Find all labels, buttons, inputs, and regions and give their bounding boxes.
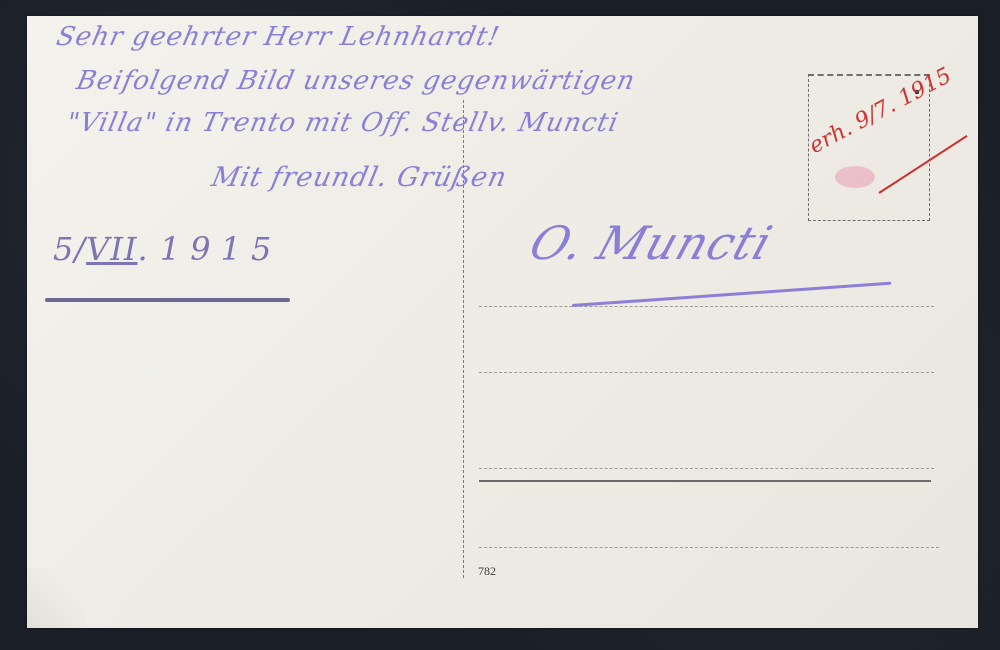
date-day: 5 [53,230,74,268]
message-line-3: "Villa" in Trento mit Off. Stellv. Munct… [64,108,622,138]
message-line-2: Beifolgend Bild unseres gegenwärtigen [74,66,638,96]
date-month: VII [86,230,137,268]
address-line-3 [479,468,934,469]
message-line-1: Sehr geehrter Herr Lehnhardt! [54,22,503,52]
signature: O. Muncti [523,216,779,270]
date-underline [45,298,290,302]
date-slash: / [74,230,86,268]
address-line-4 [479,547,939,548]
date-year: 1915 [160,230,281,268]
red-ink-smudge [835,166,875,188]
message-line-4: Mit freundl. Grüßen [209,162,510,193]
address-line-solid [479,480,931,482]
postcard-back: 782 Sehr geehrter Herr Lehnhardt! Beifol… [27,16,978,628]
date-handwritten: 5/VII. 1915 [53,230,281,268]
address-line-2 [479,372,934,373]
signature-underline [572,282,891,307]
address-line-1 [479,306,934,307]
card-number: 782 [478,564,496,579]
date-dot: . [138,230,160,268]
